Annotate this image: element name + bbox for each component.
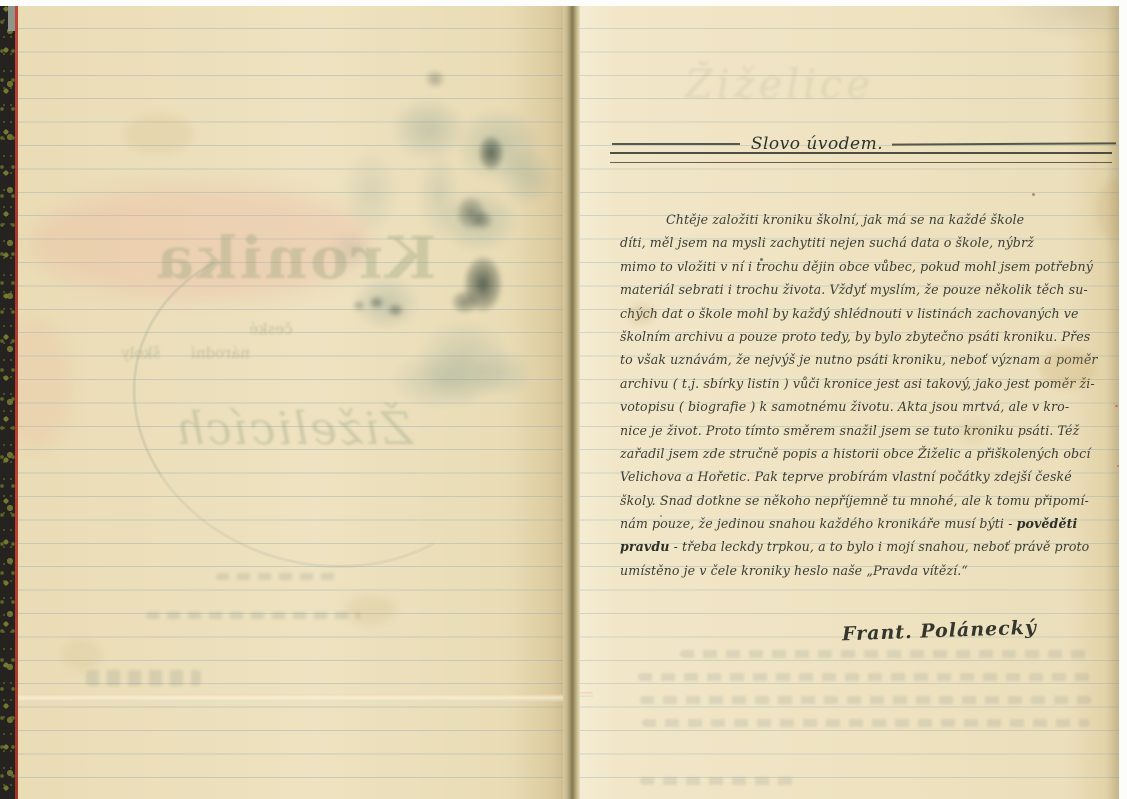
body-line: votopisu ( biografie ) k samotnému život… bbox=[620, 395, 1112, 418]
body-line: archivu ( t.j. sbírky listin ) vůči kron… bbox=[620, 372, 1112, 395]
ink-blot bbox=[425, 70, 445, 88]
author-signature: Frant. Polánecký bbox=[842, 617, 1038, 646]
scanned-chronicle-spread: Kronika české národní školy Žiželicích bbox=[0, 0, 1127, 799]
heading-rule-left bbox=[612, 143, 740, 145]
leaf-bleed bbox=[343, 150, 398, 235]
ghost-title-zizelicich: Žiželicích bbox=[158, 402, 428, 455]
scan-artifact-mark bbox=[580, 692, 593, 697]
ghost-heading-zizelice: Žiželice bbox=[685, 62, 874, 108]
ghost-scribble bbox=[146, 612, 361, 619]
body-line: díti, měl jsem na mysli zachytiti nejen … bbox=[620, 231, 1112, 254]
age-stain bbox=[346, 595, 396, 625]
body-line: školním archivu a pouze proto tedy, by b… bbox=[620, 325, 1112, 348]
heading-rule-right bbox=[892, 142, 1116, 145]
ink-blot bbox=[387, 303, 404, 317]
ghost-paragraph-line bbox=[680, 650, 1090, 658]
intro-body-text: Chtěje založiti kroniku školní, jak má s… bbox=[620, 208, 1112, 582]
intro-heading: Slovo úvodem. bbox=[742, 134, 892, 154]
pink-bleed-wash bbox=[18, 320, 71, 450]
age-stain bbox=[61, 640, 101, 670]
leaf-bleed bbox=[391, 98, 466, 160]
ink-blot bbox=[471, 210, 493, 230]
ghost-paragraph-line bbox=[640, 696, 1092, 704]
leaf-bleed bbox=[331, 230, 371, 270]
heading-double-rule bbox=[610, 152, 1112, 163]
ghost-scribble bbox=[86, 670, 201, 686]
body-line: nám pouze, že jedinou snahou každého kro… bbox=[620, 512, 1112, 535]
book-cover-edge bbox=[0, 0, 15, 799]
body-line: chých dat o škole mohl by každý shlédnou… bbox=[620, 302, 1112, 325]
ghost-paragraph-line bbox=[642, 719, 1090, 727]
ink-blot bbox=[369, 296, 384, 309]
ink-blot bbox=[478, 135, 504, 171]
body-line: Velichova a Hořetic. Pak teprve probírám… bbox=[620, 465, 1112, 488]
age-stain bbox=[124, 114, 194, 154]
paper-speck bbox=[880, 568, 882, 570]
book-gutter bbox=[563, 6, 580, 799]
leaf-bleed bbox=[499, 148, 554, 206]
ghost-scribble bbox=[216, 573, 336, 580]
ghost-paragraph-line bbox=[640, 777, 800, 785]
ghost-title-ceske: české bbox=[216, 320, 326, 338]
body-line: nice je život. Proto tímto směrem snažil… bbox=[620, 419, 1112, 442]
body-line: školy. Snad dotkne se někoho nepříjemně … bbox=[620, 489, 1112, 512]
age-stain bbox=[628, 304, 654, 324]
body-line: to však uznávám, že nejvýš je nutno psát… bbox=[620, 348, 1112, 371]
body-line: materiál sebrati i trochu života. Vždyť … bbox=[620, 278, 1112, 301]
scan-artifact-band bbox=[18, 694, 563, 702]
red-speck bbox=[1115, 405, 1118, 407]
scan-margin-top bbox=[0, 0, 1127, 6]
body-line: umístěno je v čele kroniky heslo naše „P… bbox=[620, 559, 1112, 582]
ghost-title-narodni-skoly: národní školy bbox=[88, 344, 283, 362]
leaf-bleed bbox=[471, 350, 533, 398]
age-stain bbox=[958, 420, 988, 442]
right-page: Žiželice Slovo úvodem. Chtěje založiti k… bbox=[580, 6, 1119, 799]
body-line: pravdu - třeba leckdy trpkou, a to bylo … bbox=[620, 535, 1112, 558]
left-page: Kronika české národní školy Žiželicích bbox=[18, 6, 563, 799]
body-line: zařadil jsem zde stručně popis a histori… bbox=[620, 442, 1112, 465]
ghost-paragraph-line bbox=[638, 673, 1093, 681]
paper-speck bbox=[660, 515, 662, 517]
body-line: Chtěje založiti kroniku školní, jak má s… bbox=[620, 208, 1112, 231]
age-stain bbox=[1040, 348, 1095, 388]
scan-margin-right bbox=[1119, 0, 1127, 799]
paper-speck bbox=[760, 258, 763, 261]
body-line: mimo to vložiti v ní i trochu dějin obce… bbox=[620, 255, 1112, 278]
intro-heading-row: Slovo úvodem. bbox=[610, 134, 1116, 154]
paper-speck bbox=[1032, 193, 1035, 196]
ink-blot bbox=[451, 290, 479, 314]
ink-blot bbox=[353, 300, 365, 311]
